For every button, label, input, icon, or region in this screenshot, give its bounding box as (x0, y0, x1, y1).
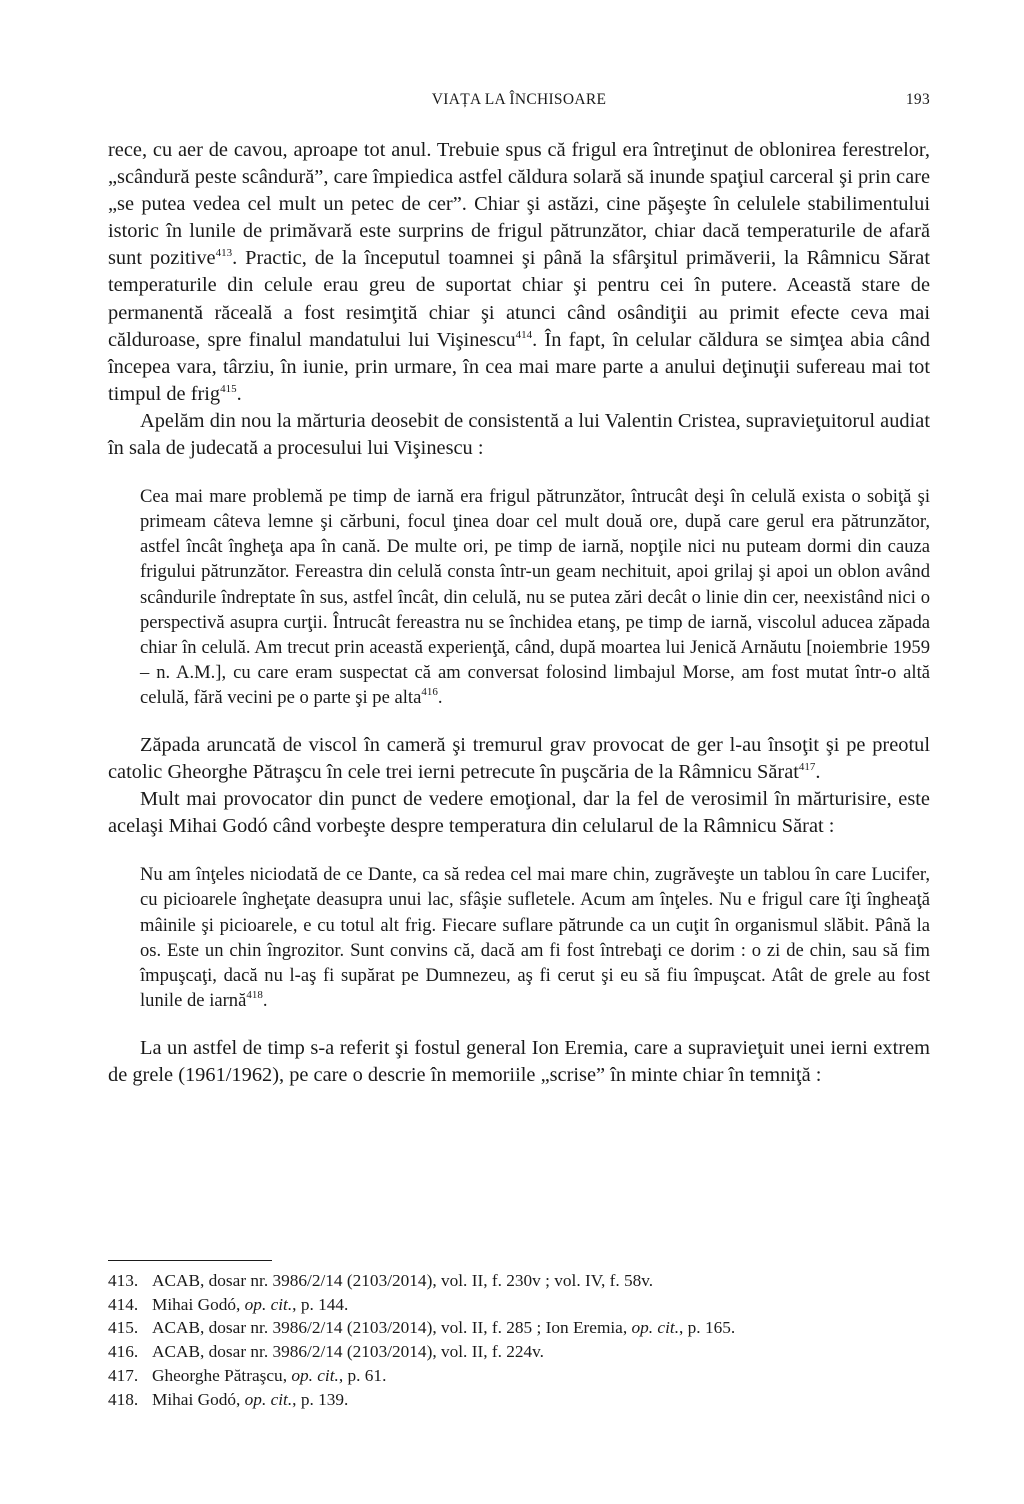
running-title: VIAȚA LA ÎNCHISOARE (108, 91, 930, 109)
running-header: VIAȚA LA ÎNCHISOARE 193 (108, 91, 930, 113)
footnote-ref-413[interactable]: 413 (216, 247, 233, 259)
footnote-ref-415[interactable]: 415 (220, 383, 237, 395)
paragraph-5: La un astfel de timp s-a referit şi fost… (108, 1035, 930, 1089)
footnote-ref-414[interactable]: 414 (516, 329, 533, 341)
footnote-417: 417.Gheorghe Pătraşcu, op. cit., p. 61. (108, 1364, 930, 1388)
footnote-divider (108, 1260, 272, 1261)
footnote-413: 413.ACAB, dosar nr. 3986/2/14 (2103/2014… (108, 1269, 930, 1293)
paragraph-2: Apelăm din nou la mărturia deosebit de c… (108, 408, 930, 462)
footnotes: 413.ACAB, dosar nr. 3986/2/14 (2103/2014… (108, 1260, 930, 1411)
block-quote-cristea: Cea mai mare problemă pe timp de iarnă e… (140, 484, 930, 710)
footnote-ref-417[interactable]: 417 (799, 761, 816, 773)
footnote-414: 414.Mihai Godó, op. cit., p. 144. (108, 1293, 930, 1317)
block-quote-godo: Nu am înţeles niciodată de ce Dante, ca … (140, 862, 930, 1013)
paragraph-1: rece, cu aer de cavou, aproape tot anul.… (108, 137, 930, 408)
footnote-418: 418.Mihai Godó, op. cit., p. 139. (108, 1388, 930, 1412)
paragraph-4: Mult mai provocator din punct de vedere … (108, 786, 930, 840)
page-number: 193 (906, 91, 930, 109)
footnote-415: 415.ACAB, dosar nr. 3986/2/14 (2103/2014… (108, 1316, 930, 1340)
footnote-ref-418[interactable]: 418 (246, 989, 263, 1001)
footnote-416: 416.ACAB, dosar nr. 3986/2/14 (2103/2014… (108, 1340, 930, 1364)
main-text: rece, cu aer de cavou, aproape tot anul.… (108, 137, 930, 1089)
paragraph-3: Zăpada aruncată de viscol în cameră şi t… (108, 732, 930, 786)
footnote-ref-416[interactable]: 416 (421, 686, 438, 698)
